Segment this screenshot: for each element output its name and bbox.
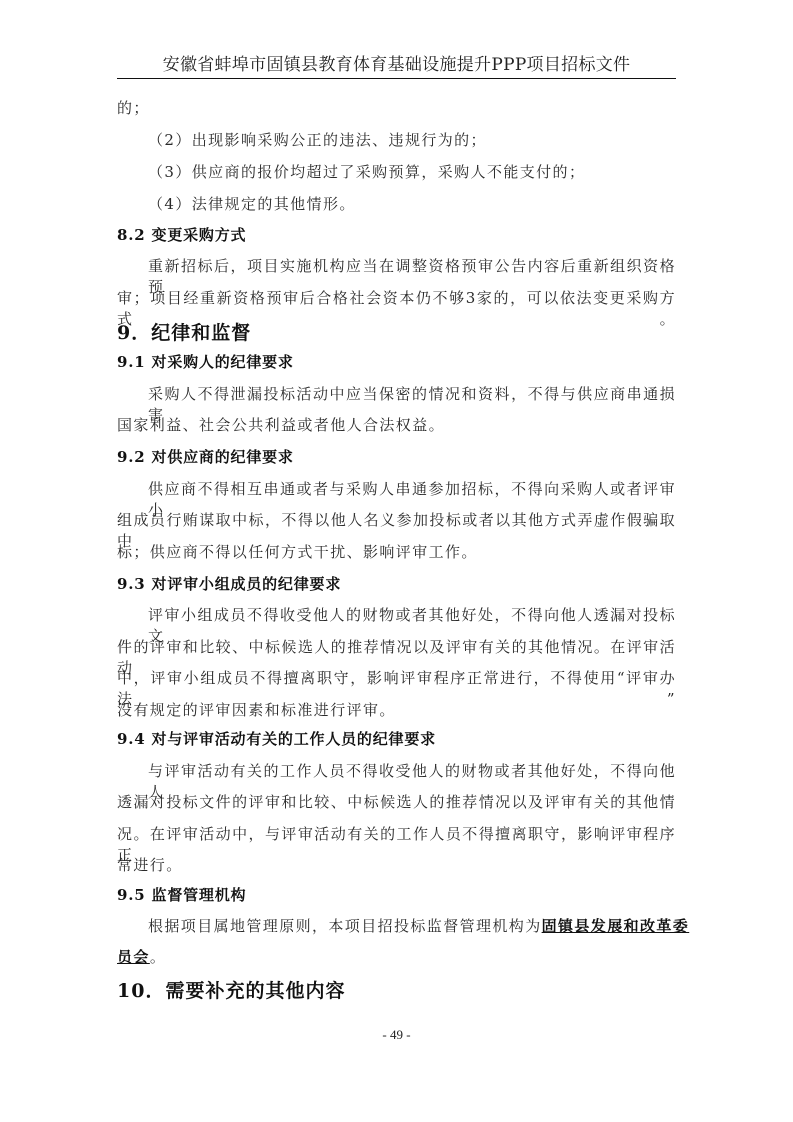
- paragraph-line: 没有规定的评审因素和标准进行评审。: [117, 699, 676, 720]
- section-heading-9-4: 9.4 对与评审活动有关的工作人员的纪律要求: [117, 728, 676, 749]
- paragraph-line: 根据项目属地管理原则，本项目招投标监督管理机构为固镇县发展和改革委: [148, 915, 676, 936]
- section-heading-8-2: 8.2 变更采购方式: [117, 224, 676, 245]
- list-item: （4）法律规定的其他情形。: [148, 193, 676, 214]
- paragraph-text: 根据项目属地管理原则，本项目招投标监督管理机构为: [148, 917, 542, 935]
- supervisory-agency-name: 固镇县发展和改革委: [542, 917, 690, 935]
- document-page: 安徽省蚌埠市固镇县教育体育基础设施提升PPP项目招标文件 的； （2）出现影响采…: [0, 0, 793, 1122]
- paragraph-line: 标；供应商不得以任何方式干扰、影响评审工作。: [117, 541, 676, 562]
- continuation-text: 的；: [117, 97, 676, 118]
- paragraph-line: 透漏对投标文件的评审和比较、中标候选人的推荐情况以及评审有关的其他情: [117, 791, 676, 812]
- header-rule: [117, 78, 676, 79]
- section-heading-9-2: 9.2 对供应商的纪律要求: [117, 446, 676, 467]
- paragraph-line: 常进行。: [117, 854, 676, 875]
- supervisory-agency-name-cont: 员会: [117, 948, 150, 966]
- section-heading-10: 10．需要补充的其他内容: [117, 976, 676, 1003]
- paragraph-line: 员会。: [117, 946, 676, 967]
- section-heading-9-5: 9.5 监督管理机构: [117, 884, 676, 905]
- section-heading-9-1: 9.1 对采购人的纪律要求: [117, 351, 676, 372]
- page-number: - 49 -: [0, 1027, 793, 1043]
- list-item: （3）供应商的报价均超过了采购预算，采购人不能支付的；: [148, 161, 676, 182]
- page-header-title: 安徽省蚌埠市固镇县教育体育基础设施提升PPP项目招标文件: [117, 50, 676, 75]
- paragraph-line: 国家利益、社会公共利益或者他人合法权益。: [117, 414, 676, 435]
- section-heading-9: 9．纪律和监督: [117, 318, 676, 345]
- section-heading-9-3: 9.3 对评审小组成员的纪律要求: [117, 573, 676, 594]
- paragraph-text: 。: [150, 948, 166, 966]
- list-item: （2）出现影响采购公正的违法、违规行为的；: [148, 129, 676, 150]
